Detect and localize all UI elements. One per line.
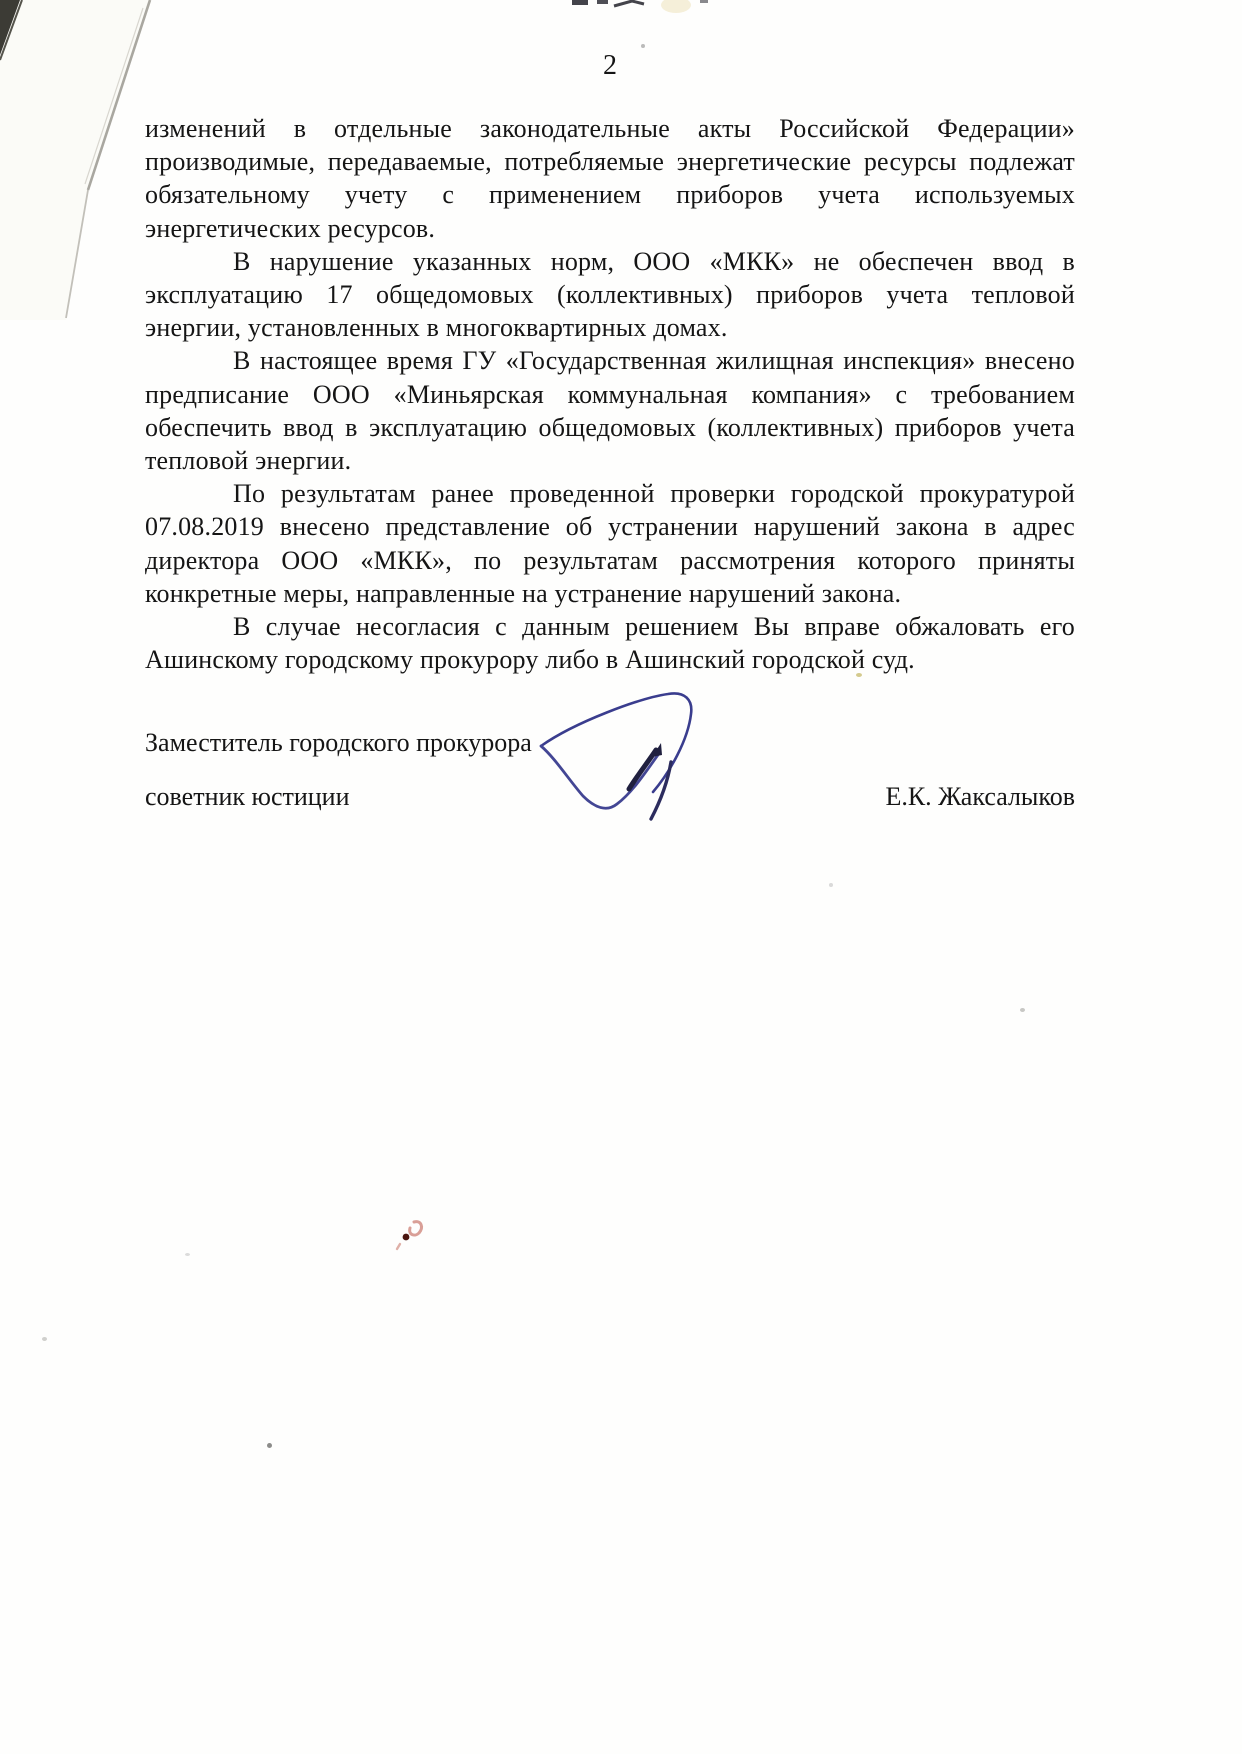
page-number: 2 [145,50,1075,82]
red-ink-speck [392,1212,436,1260]
paragraph: изменений в отдельные законодательные ак… [145,112,1075,245]
scan-speck [641,44,645,48]
text-line: директора ООО «МКК», по результатам расс… [145,544,1075,577]
text-line: производимые, передаваемые, потребляемые… [145,145,1075,178]
signer-position-line2: советник юстиции [145,780,350,813]
signer-name: Е.К. Жаксалыков [885,780,1075,813]
text-line: предписание ООО «Миньярская коммунальная… [145,378,1075,411]
scan-speck [829,883,833,887]
top-edge-scan-marks [0,0,760,20]
paragraph: По результатам ранее проведенной проверк… [145,477,1075,610]
text-line: По результатам ранее проведенной проверк… [145,477,1075,510]
paragraph: В нарушение указанных норм, ООО «МКК» не… [145,245,1075,345]
text-line: конкретные меры, направленные на устране… [145,577,1075,610]
text-line: В нарушение указанных норм, ООО «МКК» не… [145,245,1075,278]
text-line: обеспечить ввод в эксплуатацию общедомов… [145,411,1075,444]
text-line: изменений в отдельные законодательные ак… [145,112,1075,145]
document-body: изменений в отдельные законодательные ак… [145,112,1075,676]
paragraph: В настоящее время ГУ «Государственная жи… [145,344,1075,477]
scanned-page: 2 изменений в отдельные законодательные … [0,0,1242,1754]
scan-speck [185,1253,190,1256]
handwritten-signature-ink [505,608,715,868]
scan-speck [42,1337,47,1341]
text-line: энергетических ресурсов. [145,212,1075,245]
scan-speck [856,673,862,677]
text-line: энергии, установленных в многоквартирных… [145,311,1075,344]
scan-speck [1020,1008,1025,1012]
text-line: 07.08.2019 внесено представление об устр… [145,510,1075,543]
text-line: эксплуатацию 17 общедомовых (коллективны… [145,278,1075,311]
scan-speck [267,1443,272,1448]
text-line: тепловой энергии. [145,444,1075,477]
text-line: В настоящее время ГУ «Государственная жи… [145,344,1075,377]
text-line: обязательному учету с применением прибор… [145,178,1075,211]
